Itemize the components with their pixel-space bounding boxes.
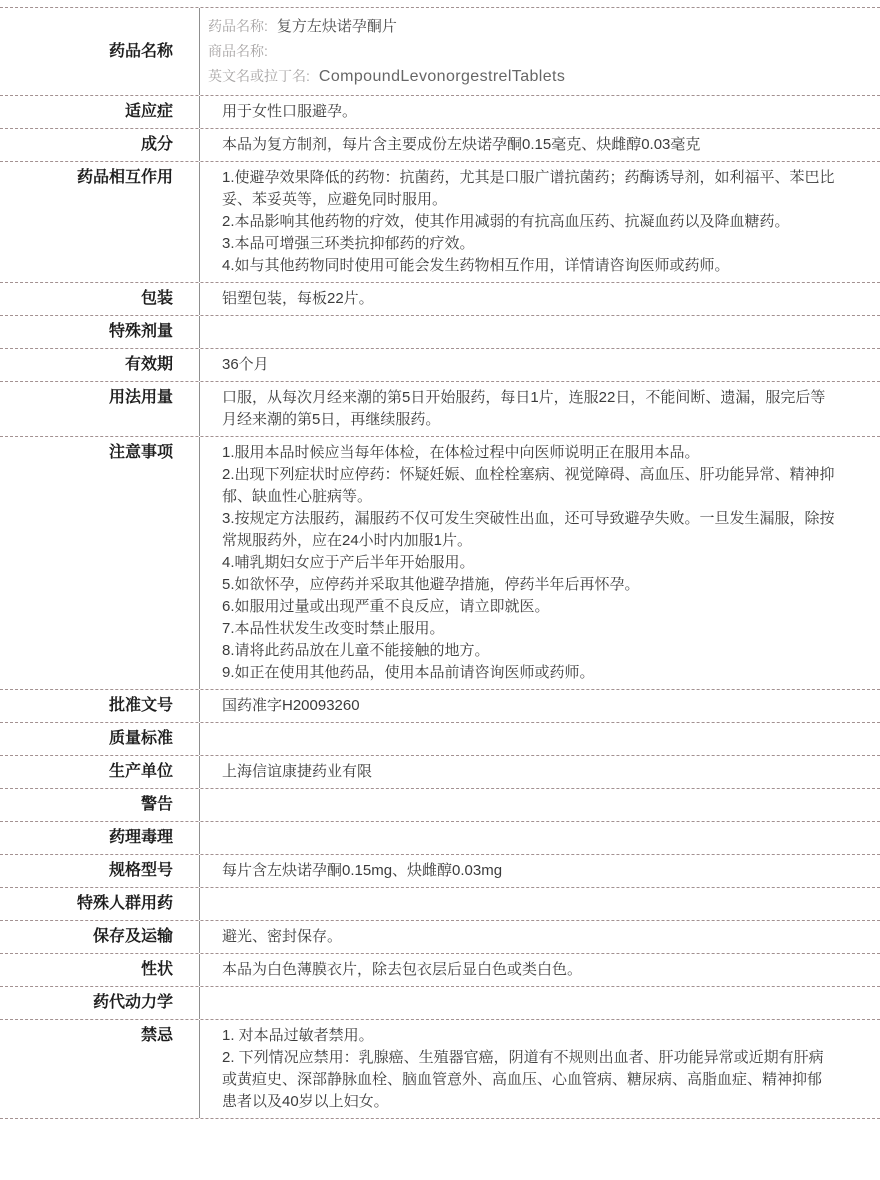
content-line: 每片含左炔诺孕酮0.15mg、炔雌醇0.03mg [222,860,835,882]
row-label: 适应症 [0,96,200,128]
row-content [200,888,880,920]
content-line: 避光、密封保存。 [222,926,835,948]
row-label: 药代动力学 [0,987,200,1019]
row-label: 注意事项 [0,437,200,689]
table-row: 警告 [0,789,880,822]
table-row: 成分本品为复方制剂，每片含主要成份左炔诺孕酮0.15毫克、炔雌醇0.03毫克 [0,129,880,162]
row-label: 性状 [0,954,200,986]
row-label: 包装 [0,283,200,315]
row-label: 质量标准 [0,723,200,755]
content-line: 1.服用本品时候应当每年体检，在体检过程中向医师说明正在服用本品。 [222,442,835,464]
drug-name-row: 药品名称 药品名称:复方左炔诺孕酮片商品名称:英文名或拉丁名:CompoundL… [0,8,880,96]
row-content [200,987,880,1019]
row-content [200,822,880,854]
content-line: 4.哺乳期妇女应于产后半年开始服用。 [222,552,835,574]
row-label: 生产单位 [0,756,200,788]
row-label: 批准文号 [0,690,200,722]
row-content: 用于女性口服避孕。 [200,96,880,128]
table-row: 药品相互作用1.使避孕效果降低的药物：抗菌药，尤其是口服广谱抗菌药；药酶诱导剂，… [0,162,880,283]
drug-name-field-line: 商品名称: [208,39,835,64]
row-content [200,316,880,348]
content-line: 本品为白色薄膜衣片，除去包衣层后显白色或类白色。 [222,959,835,981]
table-row: 用法用量口服，从每次月经来潮的第5日开始服药，每日1片，连服22日，不能间断、遗… [0,382,880,437]
row-content: 上海信谊康捷药业有限 [200,756,880,788]
row-label: 特殊人群用药 [0,888,200,920]
table-row: 保存及运输避光、密封保存。 [0,921,880,954]
row-content: 1.服用本品时候应当每年体检，在体检过程中向医师说明正在服用本品。2.出现下列症… [200,437,880,689]
row-label-drug-name: 药品名称 [0,8,200,95]
row-label: 药理毒理 [0,822,200,854]
row-label: 禁忌 [0,1020,200,1118]
row-content: 36个月 [200,349,880,381]
table-row: 适应症用于女性口服避孕。 [0,96,880,129]
content-line: 2.出现下列症状时应停药：怀疑妊娠、血栓栓塞病、视觉障碍、高血压、肝功能异常、精… [222,464,835,508]
content-line: 7.本品性状发生改变时禁止服用。 [222,618,835,640]
table-row: 药代动力学 [0,987,880,1020]
content-line: 口服，从每次月经来潮的第5日开始服药，每日1片，连服22日，不能间断、遗漏，服完… [222,387,835,431]
field-value: CompoundLevonorgestrelTablets [319,68,565,85]
content-line: 用于女性口服避孕。 [222,101,835,123]
table-row: 生产单位上海信谊康捷药业有限 [0,756,880,789]
table-row: 质量标准 [0,723,880,756]
drug-info-table: 药品名称 药品名称:复方左炔诺孕酮片商品名称:英文名或拉丁名:CompoundL… [0,7,880,1119]
field-value: 复方左炔诺孕酮片 [277,18,397,35]
row-content: 1.使避孕效果降低的药物：抗菌药，尤其是口服广谱抗菌药；药酶诱导剂，如利福平、苯… [200,162,880,282]
row-content: 1. 对本品过敏者禁用。2. 下列情况应禁用：乳腺癌、生殖器官癌，阴道有不规则出… [200,1020,880,1118]
row-content [200,789,880,821]
table-row: 注意事项1.服用本品时候应当每年体检，在体检过程中向医师说明正在服用本品。2.出… [0,437,880,690]
content-line: 2. 下列情况应禁用：乳腺癌、生殖器官癌，阴道有不规则出血者、肝功能异常或近期有… [222,1047,835,1113]
drug-name-content: 药品名称:复方左炔诺孕酮片商品名称:英文名或拉丁名:CompoundLevono… [200,8,880,95]
row-label: 规格型号 [0,855,200,887]
content-line: 1. 对本品过敏者禁用。 [222,1025,835,1047]
table-row: 特殊人群用药 [0,888,880,921]
row-label: 保存及运输 [0,921,200,953]
row-content: 口服，从每次月经来潮的第5日开始服药，每日1片，连服22日，不能间断、遗漏，服完… [200,382,880,436]
table-row: 性状本品为白色薄膜衣片，除去包衣层后显白色或类白色。 [0,954,880,987]
content-line: 36个月 [222,354,835,376]
content-line: 5.如欲怀孕，应停药并采取其他避孕措施，停药半年后再怀孕。 [222,574,835,596]
row-content: 铝塑包装，每板22片。 [200,283,880,315]
content-line: 8.请将此药品放在儿童不能接触的地方。 [222,640,835,662]
content-line: 国药准字H20093260 [222,695,835,717]
content-line: 9.如正在使用其他药品，使用本品前请咨询医师或药师。 [222,662,835,684]
row-label: 用法用量 [0,382,200,436]
row-content: 本品为白色薄膜衣片，除去包衣层后显白色或类白色。 [200,954,880,986]
table-row: 规格型号每片含左炔诺孕酮0.15mg、炔雌醇0.03mg [0,855,880,888]
row-content: 国药准字H20093260 [200,690,880,722]
field-label: 英文名或拉丁名: [208,68,310,84]
row-content [200,723,880,755]
row-label: 特殊剂量 [0,316,200,348]
table-row: 批准文号国药准字H20093260 [0,690,880,723]
row-label: 警告 [0,789,200,821]
content-line: 3.按规定方法服药，漏服药不仅可发生突破性出血，还可导致避孕失败。一旦发生漏服，… [222,508,835,552]
content-line: 6.如服用过量或出现严重不良反应，请立即就医。 [222,596,835,618]
drug-name-field-line: 英文名或拉丁名:CompoundLevonorgestrelTablets [208,64,835,89]
field-label: 药品名称: [208,18,268,34]
row-label: 药品相互作用 [0,162,200,282]
content-line: 4.如与其他药物同时使用可能会发生药物相互作用，详情请咨询医师或药师。 [222,255,835,277]
content-line: 1.使避孕效果降低的药物：抗菌药，尤其是口服广谱抗菌药；药酶诱导剂，如利福平、苯… [222,167,835,211]
content-line: 铝塑包装，每板22片。 [222,288,835,310]
drug-name-field-line: 药品名称:复方左炔诺孕酮片 [208,14,835,39]
table-row: 包装铝塑包装，每板22片。 [0,283,880,316]
row-label: 成分 [0,129,200,161]
table-row: 药理毒理 [0,822,880,855]
table-row: 特殊剂量 [0,316,880,349]
row-content: 本品为复方制剂，每片含主要成份左炔诺孕酮0.15毫克、炔雌醇0.03毫克 [200,129,880,161]
field-label: 商品名称: [208,43,268,59]
row-content: 每片含左炔诺孕酮0.15mg、炔雌醇0.03mg [200,855,880,887]
table-row: 有效期36个月 [0,349,880,382]
content-line: 本品为复方制剂，每片含主要成份左炔诺孕酮0.15毫克、炔雌醇0.03毫克 [222,134,835,156]
drug-info-page: 药品名称 药品名称:复方左炔诺孕酮片商品名称:英文名或拉丁名:CompoundL… [0,0,880,1180]
row-label: 有效期 [0,349,200,381]
table-row: 禁忌1. 对本品过敏者禁用。2. 下列情况应禁用：乳腺癌、生殖器官癌，阴道有不规… [0,1020,880,1119]
content-line: 上海信谊康捷药业有限 [222,761,835,783]
content-line: 3.本品可增强三环类抗抑郁药的疗效。 [222,233,835,255]
row-content: 避光、密封保存。 [200,921,880,953]
content-line: 2.本品影响其他药物的疗效，使其作用减弱的有抗高血压药、抗凝血药以及降血糖药。 [222,211,835,233]
